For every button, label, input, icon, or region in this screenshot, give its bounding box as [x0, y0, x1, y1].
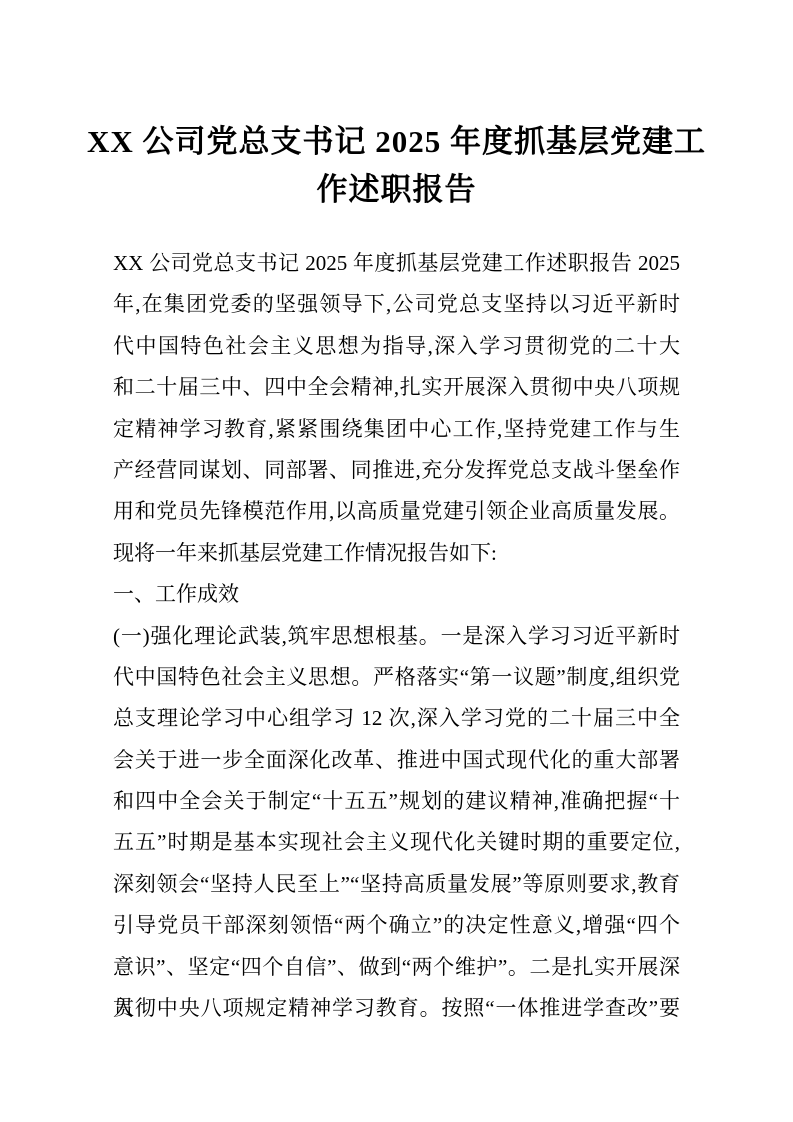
- body-line: 意识”、坚定“四个自信”、做到“两个维护”。二是扎实开展深入: [113, 947, 680, 988]
- document-page: XX 公司党总支书记 2025 年度抓基层党建工 作述职报告 XX 公司党总支书…: [0, 0, 793, 1122]
- title-line-1: XX 公司党总支书记 2025 年度抓基层党建工: [56, 118, 737, 166]
- body-line: 产经营同谋划、同部署、同推进,充分发挥党总支战斗堡垒作: [113, 450, 680, 491]
- title-line-2: 作述职报告: [56, 166, 737, 214]
- body-line: XX 公司党总支书记 2025 年度抓基层党建工作述职报告 2025: [113, 243, 680, 284]
- document-title: XX 公司党总支书记 2025 年度抓基层党建工 作述职报告: [56, 118, 737, 214]
- body-line: (一)强化理论武装,筑牢思想根基。一是深入学习习近平新时: [113, 616, 680, 657]
- document-body: XX 公司党总支书记 2025 年度抓基层党建工作述职报告 2025 年,在集团…: [113, 243, 680, 1029]
- body-line: 现将一年来抓基层党建工作情况报告如下:: [113, 533, 680, 574]
- body-line: 和二十届三中、四中全会精神,扎实开展深入贯彻中央八项规: [113, 367, 680, 408]
- body-line: 深刻领会“坚持人民至上”“坚持高质量发展”等原则要求,教育: [113, 864, 680, 905]
- body-line: 总支理论学习中心组学习 12 次,深入学习党的二十届三中全: [113, 698, 680, 739]
- body-line: 代中国特色社会主义思想。严格落实“第一议题”制度,组织党: [113, 657, 680, 698]
- body-line: 五五”时期是基本实现社会主义现代化关键时期的重要定位,: [113, 822, 680, 863]
- body-line: 会关于进一步全面深化改革、推进中国式现代化的重大部署: [113, 740, 680, 781]
- section-heading: 一、工作成效: [113, 574, 680, 615]
- body-line: 定精神学习教育,紧紧围绕集团中心工作,坚持党建工作与生: [113, 409, 680, 450]
- body-line: 代中国特色社会主义思想为指导,深入学习贯彻党的二十大: [113, 326, 680, 367]
- body-line: 年,在集团党委的坚强领导下,公司党总支坚持以习近平新时: [113, 284, 680, 325]
- body-line: 和四中全会关于制定“十五五”规划的建议精神,准确把握“十: [113, 781, 680, 822]
- body-line: 引导党员干部深刻领悟“两个确立”的决定性意义,增强“四个: [113, 905, 680, 946]
- body-line: 贯彻中央八项规定精神学习教育。按照“一体推进学查改”要: [113, 988, 680, 1029]
- body-line: 用和党员先锋模范作用,以高质量党建引领企业高质量发展。: [113, 491, 680, 532]
